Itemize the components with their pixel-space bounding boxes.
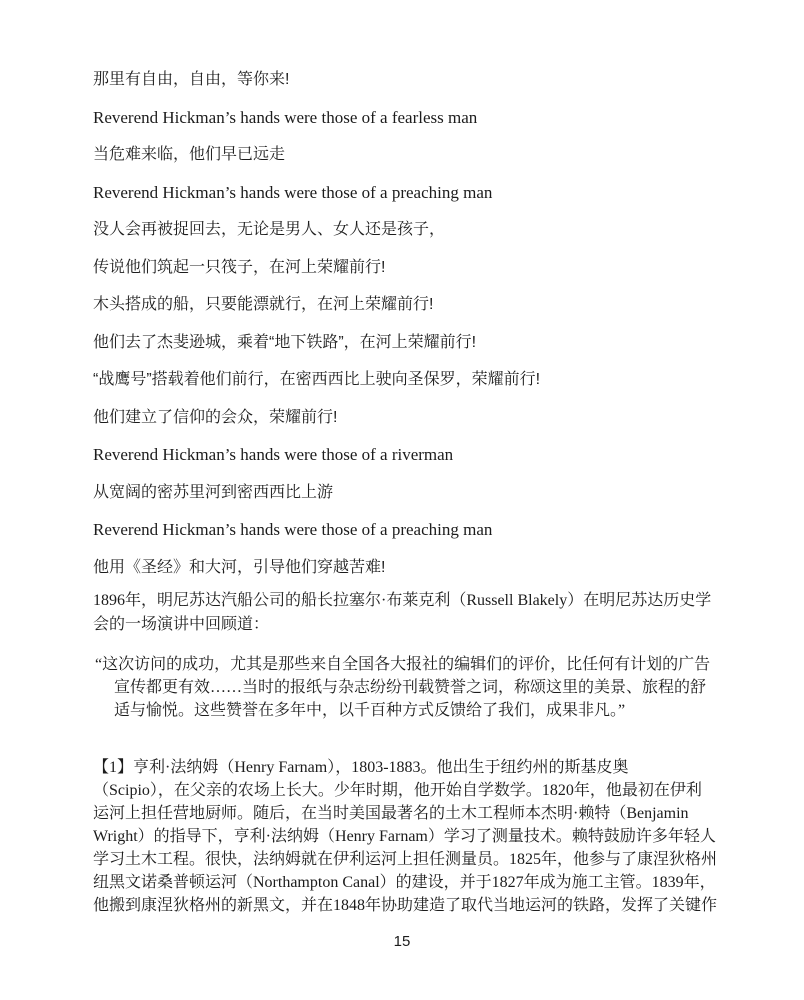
- quote-line: “这次访问的成功，尤其是那些来自全国各大报社的编辑们的评价，比任何有计划的广告: [95, 653, 710, 676]
- footnote-line: 纽黑文诺桑普顿运河（Northampton Canal）的建设，并于1827年成…: [93, 871, 717, 894]
- poem-line: 他们建立了信仰的会众，荣耀前行!: [93, 399, 540, 437]
- intro-line: 1896年，明尼苏达汽船公司的船长拉塞尔·布莱克利（Russell Blakel…: [93, 589, 711, 613]
- intro-line: 会的一场演讲中回顾道：: [93, 613, 711, 637]
- poem-line: Reverend Hickman’s hands were those of a…: [93, 99, 540, 137]
- quote-line: 宣传都更有效……当时的报纸与杂志纷纷刊载赞誉之词，称颂这里的美景、旅程的舒: [95, 676, 710, 699]
- poem-line: 传说他们筑起一只筏子，在河上荣耀前行!: [93, 249, 540, 287]
- poem-block: 那里有自由，自由，等你来! Reverend Hickman’s hands w…: [93, 61, 540, 586]
- intro-paragraph: 1896年，明尼苏达汽船公司的船长拉塞尔·布莱克利（Russell Blakel…: [93, 589, 711, 637]
- footnote-line: 运河上担任营地厨师。随后，在当时美国最著名的土木工程师本杰明·赖特（Benjam…: [93, 802, 717, 825]
- poem-line: 那里有自由，自由，等你来!: [93, 61, 540, 99]
- poem-line: Reverend Hickman’s hands were those of a…: [93, 436, 540, 474]
- poem-line: Reverend Hickman’s hands were those of a…: [93, 174, 540, 212]
- poem-line: 木头搭成的船，只要能漂就行，在河上荣耀前行!: [93, 286, 540, 324]
- poem-line: Reverend Hickman’s hands were those of a…: [93, 511, 540, 549]
- poem-line: 他们去了杰斐逊城，乘着“地下铁路”，在河上荣耀前行!: [93, 324, 540, 362]
- poem-line: 从宽阔的密苏里河到密西西比上游: [93, 474, 540, 512]
- footnote-line: Wright）的指导下，亨利·法纳姆（Henry Farnam）学习了测量技术。…: [93, 825, 717, 848]
- footnote-line: （Scipio），在父亲的农场上长大。少年时期，他开始自学数学。1820年，他最…: [93, 779, 717, 802]
- footnote-line: 【1】亨利·法纳姆（Henry Farnam），1803-1883。他出生于纽约…: [93, 756, 717, 779]
- document-page: 那里有自由，自由，等你来! Reverend Hickman’s hands w…: [0, 0, 804, 1000]
- page-footer: 15: [0, 933, 804, 950]
- poem-line: 没人会再被捉回去，无论是男人、女人还是孩子，: [93, 211, 540, 249]
- poem-line: 当危难来临，他们早已远走: [93, 136, 540, 174]
- footnote-block: 【1】亨利·法纳姆（Henry Farnam），1803-1883。他出生于纽约…: [93, 756, 717, 917]
- block-quote: “这次访问的成功，尤其是那些来自全国各大报社的编辑们的评价，比任何有计划的广告 …: [95, 653, 710, 722]
- poem-line: “战鹰号”搭载着他们前行，在密西西比上驶向圣保罗，荣耀前行!: [93, 361, 540, 399]
- footnote-line: 他搬到康涅狄格州的新黑文，并在1848年协助建造了取代当地运河的铁路，发挥了关键…: [93, 894, 717, 917]
- footnote-line: 学习土木工程。很快，法纳姆就在伊利运河上担任测量员。1825年，他参与了康涅狄格…: [93, 848, 717, 871]
- poem-line: 他用《圣经》和大河，引导他们穿越苦难!: [93, 549, 540, 587]
- page-number: 15: [394, 933, 411, 950]
- quote-line: 适与愉悦。这些赞誉在多年中，以千百种方式反馈给了我们，成果非凡。”: [95, 699, 710, 722]
